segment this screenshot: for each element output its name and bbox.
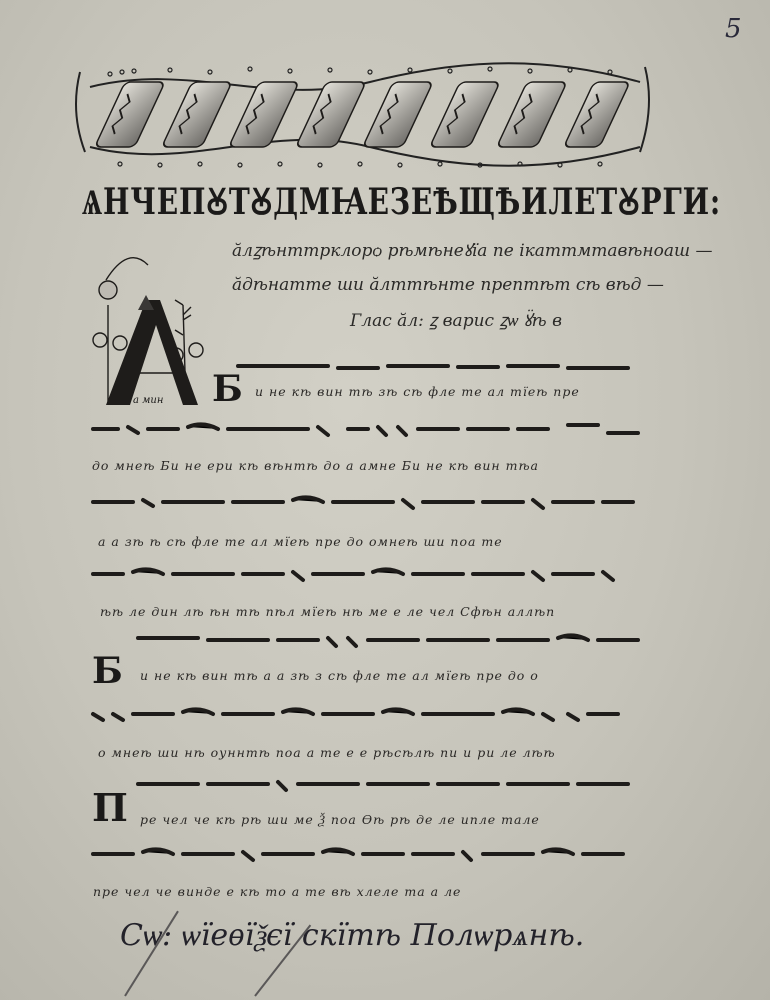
neume-notation-row (88, 352, 648, 378)
lyric-line-6: о мнеѣ ши нѣ оуннтѣ поа а те е е рѣсѣлѣ … (98, 745, 556, 760)
neume-notation-row (88, 560, 648, 586)
intro-line-1: ӑлꙁѣнттрклорѻ рѣмѣнеꙋїа пе ікаттмтавѣноа… (232, 238, 712, 261)
lyric-line-5: и не кѣ вин тѣ а а зѣ з сѣ фле те ал мїе… (140, 668, 539, 683)
neume-notation-row (88, 415, 648, 441)
initial-a-subtext: а мин (133, 395, 163, 406)
lyric-line-3: а а зѣ ѣ сѣ фле те ал мїеѣ пре до омнеѣ … (98, 534, 503, 549)
intro-line-2: ӑдѣнатте ши ӑлттѣнте прептѣт сѣ вѣд — (232, 275, 664, 295)
neume-notation-row (88, 488, 648, 514)
lyric-line-7: ре чел че кѣ рѣ ши ме Ѯ поа Ѳѣ рѣ де ле … (140, 812, 540, 828)
lyric-line-8: пре чел че винде е кѣ то а те вѣ хлеле т… (93, 884, 461, 899)
neume-notation-row (88, 700, 648, 726)
neume-notation-row (88, 770, 648, 796)
lyric-line-4: ѣѣ ле дин лѣ ѣн тѣ пѣл мїеѣ нѣ ме е ле ч… (100, 604, 555, 619)
lyric-line-1: и не кѣ вин тѣ зѣ сѣ фле те ал тїеѣ пре (255, 384, 580, 399)
scribe-signature: Сѡ: ѡїеѳїѯєї скїтѣ Полѡрѧнѣ. (120, 918, 584, 953)
illuminated-initial-a-with-flowers (88, 245, 213, 410)
neume-notation-row (88, 626, 648, 652)
page-number: 5 (725, 14, 742, 44)
braided-headpiece-ornament (70, 52, 655, 172)
tone-indication: Глас ӑл: ꙁ варис ꙁѡ ꙋ̈ѣ в (350, 308, 562, 331)
lyric-line-2: до мнеѣ Би не ери кѣ вѣнтѣ до а амне Би … (92, 458, 539, 473)
chant-title: ѦНЧЕПꙊТꙊДМꙖЕЗЕѢЩѢИЛЕТꙊРГИ: (82, 176, 534, 225)
initial-letter-b-second: Б (92, 650, 123, 692)
neume-notation-row (88, 840, 648, 866)
